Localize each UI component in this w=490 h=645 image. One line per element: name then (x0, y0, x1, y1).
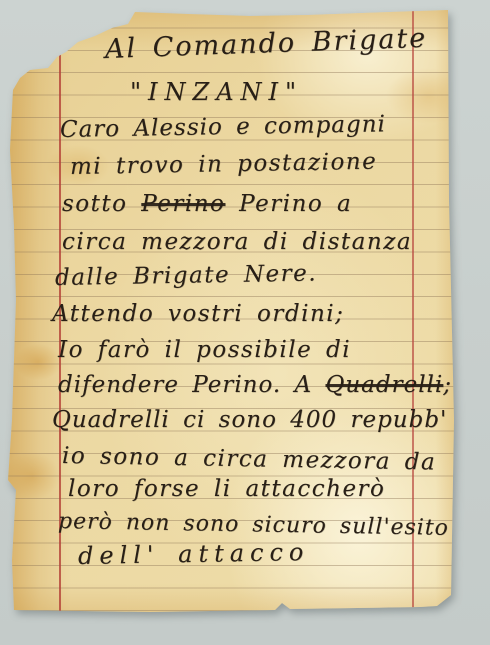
handwriting-text: loro forse li attaccherò (68, 476, 385, 502)
handwriting-text: sotto (62, 191, 141, 217)
handwriting-text: dalle Brigate Nere. (55, 260, 317, 291)
letter-lines: Al Comando Brigate"INZANI"Caro Alessio e… (8, 6, 458, 620)
handwriting-line-15: dell' attacco (78, 540, 310, 569)
handwriting-text: circa mezzora di distanza (62, 229, 412, 255)
struck-word: Quadrelli (325, 372, 443, 398)
handwriting-line-14: però non sono sicuro sull'esito (58, 510, 449, 540)
handwriting-text: Attendo vostri ordini; (52, 301, 344, 327)
handwriting-line-11: Quadrelli ci sono 400 repubb' (52, 408, 447, 432)
handwriting-text: difendere Perino. A (58, 372, 325, 398)
handwriting-text: però non sono sicuro sull'esito (58, 509, 449, 541)
handwriting-line-2: "INZANI" (130, 80, 303, 105)
scan-background: Al Comando Brigate"INZANI"Caro Alessio e… (0, 0, 490, 645)
paper-shadow-wrap: Al Comando Brigate"INZANI"Caro Alessio e… (0, 0, 490, 645)
handwriting-line-6: circa mezzora di distanza (62, 230, 412, 254)
handwriting-text: Perino a (225, 191, 352, 217)
handwriting-text: Quadrelli ci sono 400 repubb' (52, 407, 447, 433)
handwriting-text: Caro Alessio e compagni (60, 111, 386, 143)
handwriting-text: "INZANI" (130, 78, 303, 106)
handwriting-line-10: difendere Perino. A Quadrelli; (58, 373, 452, 397)
struck-word: Perino (141, 191, 225, 217)
handwriting-text: ; (443, 372, 452, 398)
handwriting-text: io sono a circa mezzora da (62, 443, 437, 476)
handwriting-line-4: mi trovo in postazione (70, 150, 378, 179)
handwriting-line-7: dalle Brigate Nere. (55, 261, 317, 290)
handwriting-line-13: loro forse li attaccherò (68, 477, 385, 501)
handwriting-line-12: io sono a circa mezzora da (62, 444, 437, 475)
letter-paper: Al Comando Brigate"INZANI"Caro Alessio e… (8, 6, 458, 620)
handwriting-line-1: Al Comando Brigate (105, 25, 428, 65)
handwriting-text: Io farò il possibile di (58, 337, 351, 363)
handwriting-text: mi trovo in postazione (70, 149, 378, 180)
handwriting-text: dell' attacco (78, 538, 310, 570)
handwriting-text: Al Comando Brigate (104, 23, 427, 65)
handwriting-line-5: sotto Perino Perino a (62, 192, 352, 216)
handwriting-line-3: Caro Alessio e compagni (60, 112, 386, 142)
handwriting-line-8: Attendo vostri ordini; (52, 302, 344, 326)
handwriting-line-9: Io farò il possibile di (58, 338, 351, 362)
